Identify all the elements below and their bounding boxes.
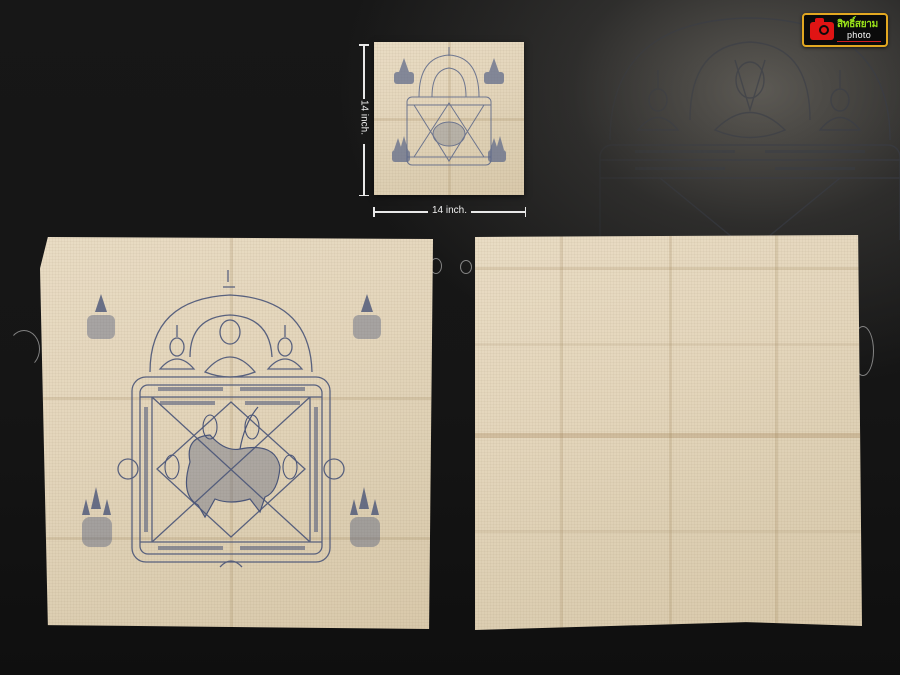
dimension-line [363,44,365,99]
thumbnail-yantra-print [374,42,524,195]
loose-thread [8,330,40,368]
front-yantra-print [40,237,433,629]
fold-crease [669,235,672,630]
fold-crease [560,235,563,630]
dimension-line [471,211,526,213]
dimension-line [363,144,365,196]
logo-sub-text: photo [847,30,871,40]
logo-underline [837,41,881,42]
loose-thread [460,260,472,274]
dimension-cap [525,207,527,217]
watermark-logo: สิทธิ์สยาม photo [802,13,888,47]
fold-crease [775,235,778,630]
front-cloth [40,237,433,629]
height-dimension-marker: 14 inch. [358,44,370,196]
dimension-cap [359,195,369,197]
thumbnail-cloth [374,42,524,195]
height-label: 14 inch. [359,98,370,138]
width-dimension-marker: 14 inch. [373,206,526,218]
back-cloth [475,235,862,630]
width-label: 14 inch. [428,205,471,216]
dimension-line [373,211,428,213]
camera-icon [810,22,834,40]
